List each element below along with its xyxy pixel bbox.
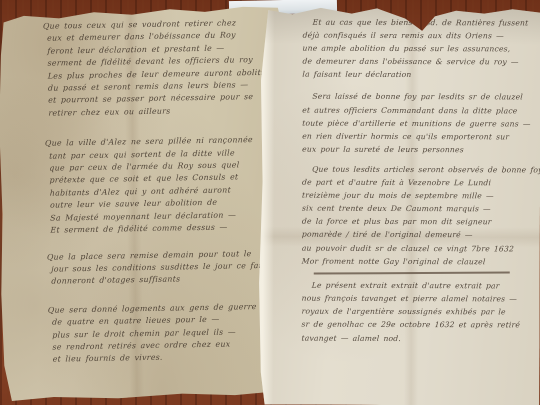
handwritten-line: pomarède / tiré de l'original demeuré — — [302, 228, 535, 242]
handwritten-line: Que tous lesdits articles seront observé… — [302, 163, 535, 177]
handwritten-line: six cent trente deux De Caumont marquis … — [302, 202, 535, 216]
handwritten-line: la faisant leur déclaration — [302, 68, 535, 82]
handwritten-line: Mor froment notte Gay l'original de clau… — [301, 254, 534, 268]
handwritten-line: déjà confisqués il sera remis aux dits O… — [302, 29, 535, 43]
handwritten-line: au pouvoir dudit sr de clauzel ce vingt … — [301, 241, 534, 255]
left-page-text: Que tous ceux qui se voudront retirer ch… — [47, 17, 275, 367]
right-paragraph-3: Que tous lesdits articles seront observé… — [302, 163, 534, 269]
handwritten-line: Le présent extrait extrait d'autre extra… — [301, 279, 534, 293]
right-page-text: Et au cas que les biens desd. de Rantièr… — [302, 16, 535, 345]
manuscript-left-page: Que tous ceux qui se voudront retirer ch… — [0, 2, 293, 405]
right-paragraph-4: Le présent extrait extrait d'autre extra… — [302, 279, 534, 345]
manuscript-photo-scene: Que tous ceux qui se voudront retirer ch… — [0, 0, 540, 405]
right-paragraph-2: Sera laissé de bonne foy par lesdits sr … — [302, 90, 534, 156]
left-paragraph-1: Que tous ceux qui se voudront retirer ch… — [47, 17, 271, 120]
handwritten-line: nous françois tavanget et pierre alamel … — [301, 292, 534, 306]
ink-underline — [314, 271, 510, 274]
handwritten-line: eux pour la sureté de leurs personnes — [302, 143, 535, 157]
handwritten-line: Et serment de fidélité comme dessus — — [50, 221, 272, 237]
manuscript-right-page: Et au cas que les biens desd. de Rantièr… — [257, 0, 540, 405]
handwritten-line: de demeurer dans l'obéissance & service … — [302, 55, 535, 69]
left-paragraph-3: Que la place sera remise demain pour tou… — [51, 247, 274, 288]
left-paragraph-4: Que sera donné logements aux gens de gue… — [52, 300, 275, 366]
handwritten-line: retirer chez eux ou ailleurs — [48, 104, 270, 120]
handwritten-line: donneront d'otages suffisants — [51, 272, 273, 288]
handwritten-line: en rien divertir hormis ce qu'ils emport… — [302, 129, 535, 143]
handwritten-line: et autres officiers Commandant dans la d… — [302, 103, 535, 117]
handwritten-line: sr de genolhac ce 29e octobre 1632 et ap… — [301, 318, 534, 332]
handwritten-line: tavanget — alamel nod. — [301, 331, 534, 345]
left-paragraph-2: Que la ville d'Alez ne sera pillée ni ra… — [49, 134, 273, 237]
handwritten-line: une ample abolition du passé sur les ass… — [302, 42, 535, 56]
handwritten-line: de la force et plus bas par mon dit seig… — [302, 215, 535, 229]
handwritten-line: et lieu fournis de vivres. — [52, 350, 274, 366]
handwritten-line: toute pièce d'artillerie et munitions de… — [302, 116, 535, 130]
handwritten-line: Sera laissé de bonne foy par lesdits sr … — [302, 90, 535, 104]
handwritten-line: treizième jour du mois de septembre mill… — [302, 189, 535, 203]
handwritten-line: de part et d'autre fait à Vezenobre Le L… — [302, 176, 535, 190]
